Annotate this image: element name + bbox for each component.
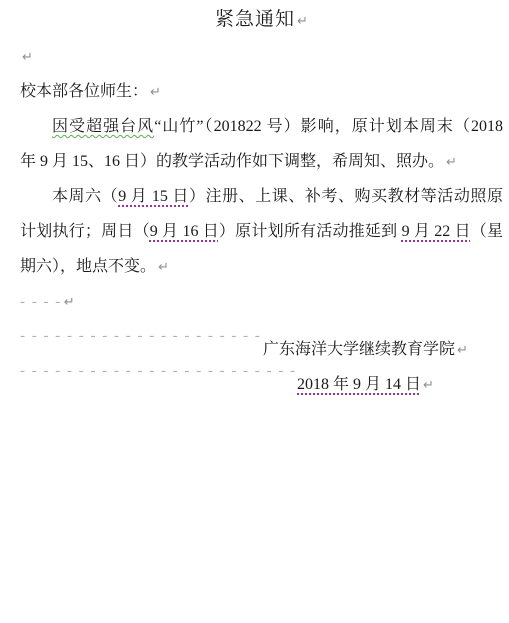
paragraph1-line1: 因受超强台风“山竹”（201822 号）影响，原计划本周末（2018 bbox=[20, 109, 503, 144]
paragraph1-line1-text: “山竹”（201822 号）影响，原计划本周末（2018 bbox=[154, 118, 503, 135]
notice-title: 紧急通知 bbox=[215, 9, 295, 30]
paragraph1-line2-text: 年 9 月 15、16 日）的教学活动作如下调整，希周知、照办。 bbox=[20, 153, 444, 170]
paragraph-mark-icon: ↵ bbox=[22, 50, 33, 65]
salutation-text: 校本部各位师生： bbox=[20, 83, 148, 100]
paragraph-mark-icon: ↵ bbox=[64, 295, 75, 310]
paragraph2-line1-post: ）注册、上课、补考、购买教材等活动照原 bbox=[189, 188, 503, 205]
paragraph-mark-icon: ↵ bbox=[423, 378, 434, 393]
leader-dashes: - - - - - - - - - - - - - - - - - - - - … bbox=[20, 319, 263, 354]
word-document-page: 紧急通知↵ ↵ 校本部各位师生：↵ 因受超强台风“山竹”（201822 号）影响… bbox=[0, 0, 509, 623]
notice-title-line: 紧急通知↵ bbox=[20, 2, 503, 39]
paragraph2-line2-post: （星 bbox=[471, 223, 503, 240]
paragraph2-line2-pre: 计划执行；周日（ bbox=[20, 223, 150, 240]
fullwidth-space-marks: - - - - bbox=[20, 294, 62, 310]
spacer-marks-line: - - - -↵ bbox=[20, 284, 503, 319]
paragraph-mark-icon: ↵ bbox=[446, 155, 457, 170]
grammar-underlined-text: 因受超强台风 bbox=[52, 118, 154, 135]
signature-line: - - - - - - - - - - - - - - - - - - - - … bbox=[20, 319, 503, 354]
date-line: - - - - - - - - - - - - - - - - - - - - … bbox=[20, 354, 503, 389]
paragraph-mark-icon: ↵ bbox=[457, 343, 468, 358]
paragraph2-line2: 计划执行；周日（9 月 16 日）原计划所有活动推延到 9 月 22 日（星 bbox=[20, 214, 503, 249]
paragraph2-line3: 期六），地点不变。↵ bbox=[20, 249, 503, 284]
paragraph2-line1-pre: 本周六（ bbox=[52, 188, 118, 205]
leader-dashes: - - - - - - - - - - - - - - - - - - - - … bbox=[20, 354, 297, 389]
date-smarttag-text: 9 月 15 日 bbox=[118, 188, 189, 205]
paragraph2-line2-mid: ）原计划所有活动推延到 bbox=[219, 223, 402, 240]
salutation-line: 校本部各位师生：↵ bbox=[20, 74, 503, 109]
paragraph1-line2: 年 9 月 15、16 日）的教学活动作如下调整，希周知、照办。↵ bbox=[20, 144, 503, 179]
date-smarttag-text: 9 月 16 日 bbox=[150, 223, 219, 240]
paragraph2-line3-text: 期六），地点不变。 bbox=[20, 258, 156, 275]
paragraph-mark-icon: ↵ bbox=[150, 85, 161, 100]
paragraph-mark-icon: ↵ bbox=[158, 260, 169, 275]
empty-line: ↵ bbox=[20, 39, 503, 74]
date-smarttag-text: 9 月 22 日 bbox=[402, 223, 471, 240]
date-smarttag-text: 2018 年 9 月 14 日 bbox=[297, 376, 421, 393]
document-content: 紧急通知↵ ↵ 校本部各位师生：↵ 因受超强台风“山竹”（201822 号）影响… bbox=[0, 0, 509, 389]
paragraph2-line1: 本周六（9 月 15 日）注册、上课、补考、购买教材等活动照原 bbox=[20, 179, 503, 214]
paragraph-mark-icon: ↵ bbox=[297, 14, 308, 29]
